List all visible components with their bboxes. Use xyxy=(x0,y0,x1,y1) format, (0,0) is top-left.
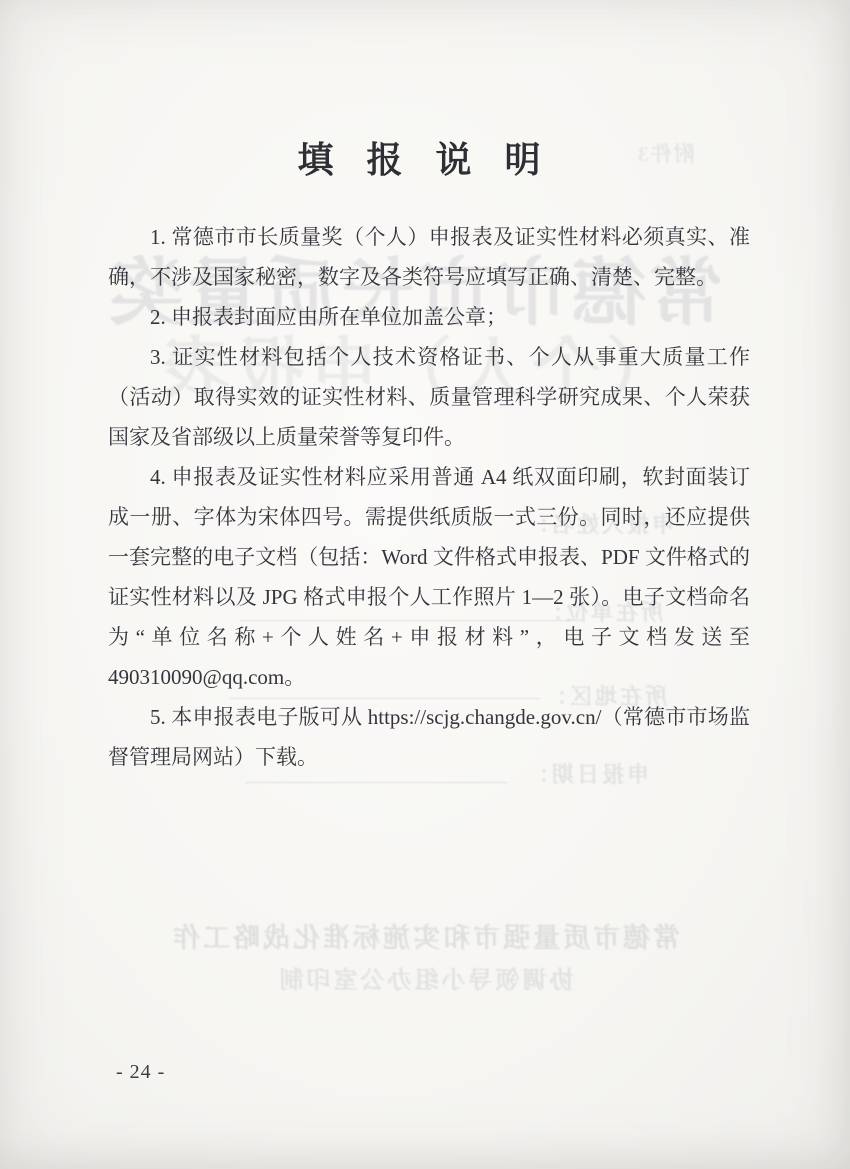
instruction-item-5: 5. 本申报表电子版可从 https://scjg.changde.gov.cn… xyxy=(108,697,750,777)
document-content: 填 报 说 明 1. 常德市市长质量奖（个人）申报表及证实性材料必须真实、准确，… xyxy=(0,0,850,1169)
scanned-document-page: 附件3 常德市市长质量奖 （个人）申报表 申报人姓名： 所在单位： 所在地区： … xyxy=(0,0,850,1169)
page-number: - 24 - xyxy=(116,1061,165,1084)
instruction-item-3: 3. 证实性材料包括个人技术资格证书、个人从事重大质量工作（活动）取得实效的证实… xyxy=(108,337,750,457)
instruction-item-1: 1. 常德市市长质量奖（个人）申报表及证实性材料必须真实、准确，不涉及国家秘密，… xyxy=(108,217,750,297)
instructions-body: 1. 常德市市长质量奖（个人）申报表及证实性材料必须真实、准确，不涉及国家秘密，… xyxy=(108,217,750,777)
instruction-item-2: 2. 申报表封面应由所在单位加盖公章； xyxy=(108,297,750,337)
instruction-item-4: 4. 申报表及证实性材料应采用普通 A4 纸双面印刷，软封面装订成一册、字体为宋… xyxy=(108,457,750,697)
page-title: 填 报 说 明 xyxy=(0,132,850,183)
